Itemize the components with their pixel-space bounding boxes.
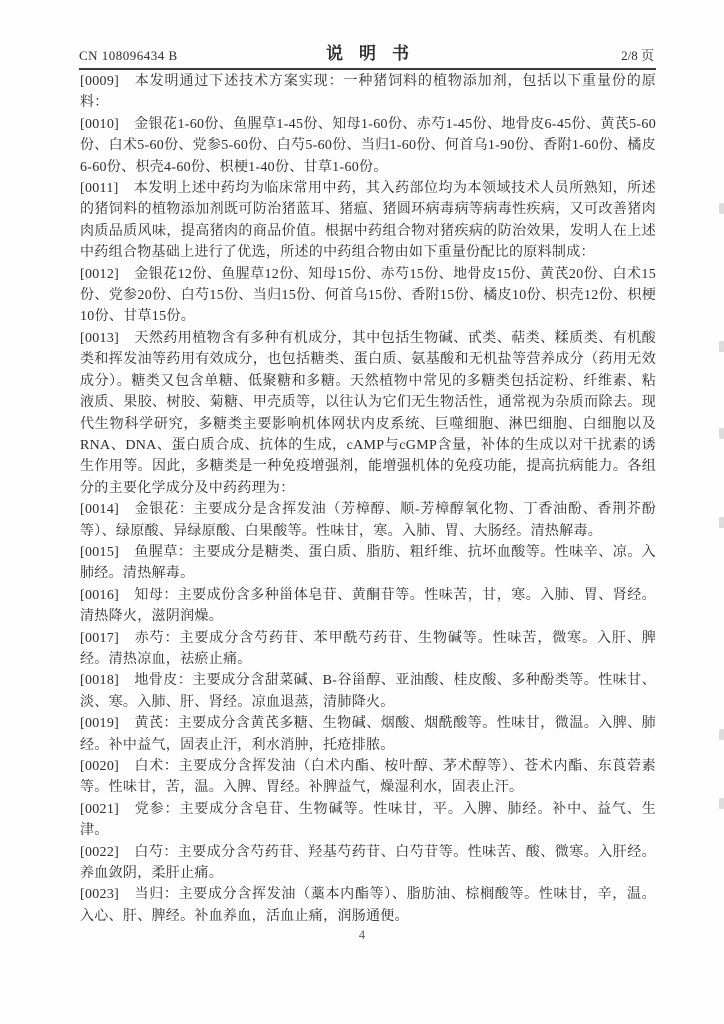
paragraph-text: 天然药用植物含有多种有机成分，其中包括生物碱、甙类、萜类、糅质类、有机酸类和挥发… [80, 331, 656, 496]
paragraph-text: 金银花12份、鱼腥草12份、知母15份、赤芍15份、地骨皮15份、黄芪20份、白… [80, 267, 656, 325]
scan-edge-mark [719, 798, 724, 809]
paragraph-0023: [0023]当归：主要成分含挥发油（藁本内酯等）、脂肪油、棕榈酸等。性味甘，辛，… [80, 884, 656, 927]
paragraph-0016: [0016]知母：主要成份含多种甾体皂苷、黄酮苷等。性味苦，甘，寒。入肺、胃、肾… [80, 585, 656, 628]
paragraph-text: 本发明通过下述技术方案实现：一种猪饲料的植物添加剂，包括以下重量份的原料： [80, 74, 656, 110]
paragraph-text: 本发明上述中药均为临床常用中药，其入药部位均为本领域技术人员所熟知，所述的猪饲料… [80, 181, 656, 260]
paragraph-text: 金银花1-60份、鱼腥草1-45份、知母1-60份、赤芍1-45份、地骨皮6-4… [80, 117, 656, 175]
paragraph-text: 白芍：主要成分含芍药苷、羟基芍药苷、白芍苷等。性味苦、酸、微寒。入肝经。养血敛阴… [80, 845, 656, 881]
document-title: 说明书 [326, 39, 425, 64]
scan-edge-mark [719, 729, 724, 740]
paragraph-number: [0023] [80, 887, 134, 902]
paragraph-0019: [0019]黄芪：主要成分含黄芪多糖、生物碱、烟酸、烟酰酸等。性味甘，微温。入脾… [80, 713, 656, 756]
paragraph-0022: [0022]白芍：主要成分含芍药苷、羟基芍药苷、白芍苷等。性味苦、酸、微寒。入肝… [80, 842, 656, 885]
page-header: CN 108096434 B 说明书 2/8 页 [79, 38, 656, 70]
document-number: CN 108096434 B [79, 48, 178, 64]
paragraph-number: [0016] [80, 588, 134, 603]
paragraph-0009: [0009]本发明通过下述技术方案实现：一种猪饲料的植物添加剂，包括以下重量份的… [80, 71, 656, 114]
paragraph-number: [0019] [80, 716, 134, 731]
patent-specification-page: CN 108096434 B 说明书 2/8 页 [0009]本发明通过下述技术… [0, 0, 724, 1024]
paragraph-number: [0010] [80, 117, 134, 132]
scan-edge-mark [719, 517, 724, 528]
paragraph-text: 赤芍：主要成分含芍药苷、苯甲酰芍药苷、生物碱等。性味苦，微寒。入肝、脾经。清热凉… [80, 631, 656, 667]
specification-body: [0009]本发明通过下述技术方案实现：一种猪饲料的植物添加剂，包括以下重量份的… [80, 71, 656, 927]
paragraph-0012: [0012]金银花12份、鱼腥草12份、知母15份、赤芍15份、地骨皮15份、黄… [80, 264, 656, 328]
paragraph-number: [0017] [80, 631, 134, 646]
paragraph-0010: [0010]金银花1-60份、鱼腥草1-45份、知母1-60份、赤芍1-45份、… [80, 114, 656, 178]
page-number: 4 [359, 928, 365, 942]
paragraph-number: [0021] [80, 802, 134, 817]
paragraph-0021: [0021]党参：主要成分含皂苷、生物碱等。性味甘，平。入脾、肺经。补中、益气、… [80, 799, 656, 842]
paragraph-0011: [0011]本发明上述中药均为临床常用中药，其入药部位均为本领域技术人员所熟知，… [80, 178, 656, 264]
paragraph-number: [0018] [80, 673, 134, 688]
paragraph-0020: [0020]白术：主要成分含挥发油（白术内酯、桉叶醇、茅术醇等）、苍术内酯、东莨… [80, 756, 656, 799]
paragraph-text: 金银花：主要成分是含挥发油（芳樟醇、顺-芳樟醇氧化物、丁香油酚、香荆芥酚等）、绿… [80, 502, 656, 538]
paragraph-number: [0015] [80, 545, 134, 560]
paragraph-text: 白术：主要成分含挥发油（白术内酯、桉叶醇、茅术醇等）、苍术内酯、东莨菪素等。性味… [80, 759, 656, 795]
paragraph-text: 知母：主要成份含多种甾体皂苷、黄酮苷等。性味苦，甘，寒。入肺、胃、肾经。清热降火… [80, 588, 656, 624]
paragraph-0014: [0014]金银花：主要成分是含挥发油（芳樟醇、顺-芳樟醇氧化物、丁香油酚、香荆… [80, 499, 656, 542]
paragraph-number: [0020] [80, 759, 134, 774]
page-footer: 4 [0, 928, 724, 943]
paragraph-0013: [0013]天然药用植物含有多种有机成分，其中包括生物碱、甙类、萜类、糅质类、有… [80, 328, 656, 499]
paragraph-text: 黄芪：主要成分含黄芪多糖、生物碱、烟酸、烟酰酸等。性味甘，微温。入脾、肺经。补中… [80, 716, 656, 752]
paragraph-text: 鱼腥草：主要成分是糖类、蛋白质、脂肪、粗纤维、抗坏血酸等。性味辛、凉。入肺经。清… [80, 545, 656, 581]
scan-edge-mark [719, 341, 724, 352]
scan-edge-mark [719, 428, 724, 439]
paragraph-text: 当归：主要成分含挥发油（藁本内酯等）、脂肪油、棕榈酸等。性味甘，辛，温。入心、肝… [80, 887, 656, 923]
scan-edge-mark [719, 203, 724, 214]
paragraph-0018: [0018]地骨皮：主要成分含甜菜碱、B-谷甾醇、亚油酸、桂皮酸、多种酚类等。性… [80, 670, 656, 713]
paragraph-text: 党参：主要成分含皂苷、生物碱等。性味甘，平。入脾、肺经。补中、益气、生津。 [80, 802, 656, 838]
paragraph-number: [0014] [80, 502, 134, 517]
paragraph-text: 地骨皮：主要成分含甜菜碱、B-谷甾醇、亚油酸、桂皮酸、多种酚类等。性味甘、淡、寒… [80, 673, 656, 709]
paragraph-number: [0009] [80, 74, 134, 89]
paragraph-number: [0013] [80, 331, 134, 346]
paragraph-0017: [0017]赤芍：主要成分含芍药苷、苯甲酰芍药苷、生物碱等。性味苦，微寒。入肝、… [80, 628, 656, 671]
paragraph-0015: [0015]鱼腥草：主要成分是糖类、蛋白质、脂肪、粗纤维、抗坏血酸等。性味辛、凉… [80, 542, 656, 585]
paragraph-number: [0012] [80, 267, 134, 282]
paragraph-number: [0022] [80, 845, 134, 860]
page-indicator: 2/8 页 [621, 45, 654, 64]
paragraph-number: [0011] [80, 181, 134, 196]
